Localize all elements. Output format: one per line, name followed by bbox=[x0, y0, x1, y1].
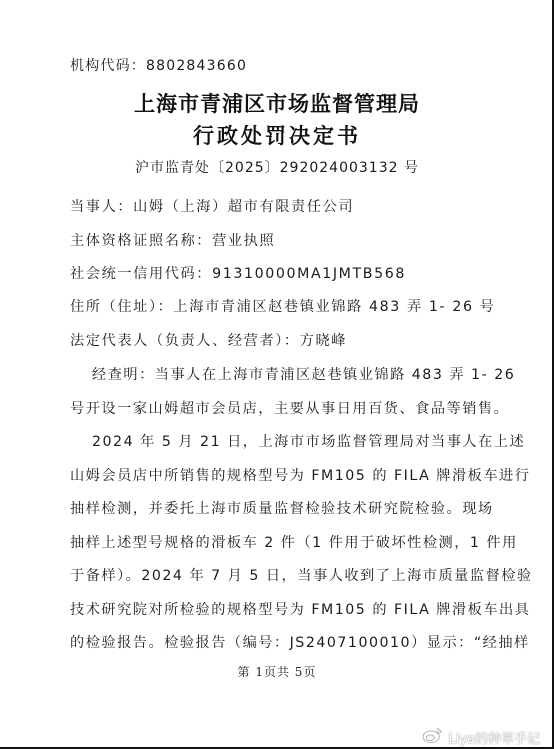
body-line: 抽样上述型号规格的滑板车 2 件（1 件用于破坏性检测，1 件用 bbox=[70, 532, 518, 552]
body-line: 号开设一家山姆超市会员店，主要从事日用百货、食品等销售。 bbox=[70, 398, 509, 418]
field-license-name: 主体资格证照名称：营业执照 bbox=[70, 230, 275, 250]
watermark-text: Liya的种草手记 bbox=[448, 728, 540, 747]
watermark: Liya的种草手记 bbox=[422, 726, 540, 748]
field-address: 住所（住址）：上海市青浦区赵巷镇业锦路 483 弄 1- 26 号 bbox=[70, 296, 495, 316]
field-credit-code: 社会统一信用代码：91310000MA1JMTB568 bbox=[70, 263, 406, 283]
body-line: 于备样）。2024 年 7 月 5 日，当事人收到了上海市质量监督检验 bbox=[70, 565, 533, 585]
body-line: 抽样检测，并委托上海市质量监督检验技术研究院检验。现场 bbox=[70, 498, 494, 518]
field-party: 当事人：山姆（上海）超市有限责任公司 bbox=[70, 196, 354, 216]
body-line: 的检验报告。检验报告（编号：JS2407100010）显示：“经抽样 bbox=[70, 632, 530, 652]
document-page: 机构代码：8802843660 上海市青浦区市场监督管理局 行政处罚决定书 沪市… bbox=[0, 0, 554, 749]
weibo-icon bbox=[422, 726, 444, 748]
field-legal-representative: 法定代表人（负责人、经营者）：方晓峰 bbox=[70, 330, 347, 350]
document-number: 沪市监青处〔2025〕292024003132 号 bbox=[0, 157, 554, 177]
page-number-footer: 第 1页共 5页 bbox=[0, 663, 554, 680]
document-title-type: 行政处罚决定书 bbox=[0, 120, 554, 150]
document-title-authority: 上海市青浦区市场监督管理局 bbox=[0, 88, 554, 118]
body-line: 技术研究院对所检验的规格型号为 FM105 的 FILA 牌滑板车出具 bbox=[70, 599, 530, 619]
body-line: 经查明：当事人在上海市青浦区赵巷镇业锦路 483 弄 1- 26 bbox=[92, 364, 515, 384]
org-code: 机构代码：8802843660 bbox=[70, 55, 247, 75]
body-line: 2024 年 5 月 21 日，上海市市场监督管理局对当事人在上述 bbox=[92, 431, 525, 451]
body-line: 山姆会员店中所销售的规格型号为 FM105 的 FILA 牌滑板车进行 bbox=[70, 465, 530, 485]
